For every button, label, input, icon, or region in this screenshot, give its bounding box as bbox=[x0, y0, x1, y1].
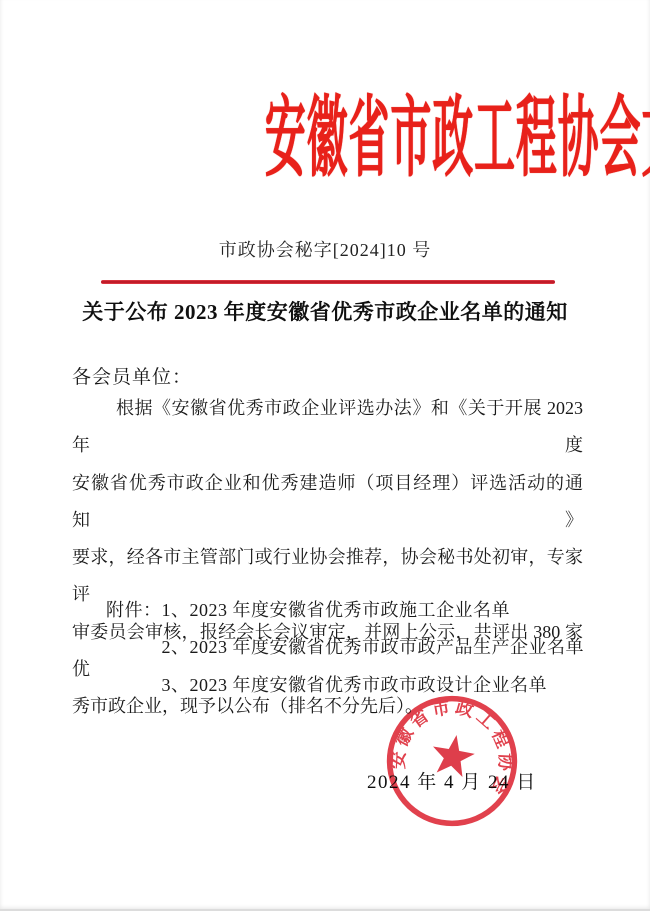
attachment-list: 附件： 1、2023 年度安徽省优秀市政施工企业名单 2、2023 年度安徽省优… bbox=[106, 592, 584, 704]
attachment-item: 1、2023 年度安徽省优秀市政施工企业名单 bbox=[162, 592, 585, 629]
official-document-page: 安徽省市政工程协会文件 市政协会秘字[2024]10 号 关于公布 2023 年… bbox=[0, 0, 650, 911]
document-number: 市政协会秘字[2024]10 号 bbox=[0, 236, 650, 262]
document-title: 关于公布 2023 年度安徽省优秀市政企业名单的通知 bbox=[0, 296, 650, 326]
red-separator-line bbox=[101, 280, 555, 284]
star-icon bbox=[429, 731, 478, 778]
attachment-item: 2、2023 年度安徽省优秀市政市政产品生产企业名单 bbox=[162, 629, 585, 666]
attachment-item: 3、2023 年度安徽省优秀市政市政设计企业名单 bbox=[162, 667, 585, 704]
red-masthead: 安徽省市政工程协会文件 bbox=[0, 96, 650, 184]
body-line: 安徽省优秀市政企业和优秀建造师（项目经理）评选活动的通知》 bbox=[72, 465, 583, 540]
body-line: 根据《安徽省优秀市政企业评选办法》和《关于开展 2023 年度 bbox=[72, 390, 583, 465]
masthead-title: 安徽省市政工程协会文件 bbox=[265, 96, 650, 184]
attachment-label: 附件： bbox=[106, 592, 162, 704]
attachment-items: 1、2023 年度安徽省优秀市政施工企业名单 2、2023 年度安徽省优秀市政市… bbox=[162, 592, 585, 704]
official-seal-stamp: 安徽省市政工程协会 bbox=[370, 679, 535, 844]
salutation-line: 各会员单位： bbox=[72, 362, 192, 389]
